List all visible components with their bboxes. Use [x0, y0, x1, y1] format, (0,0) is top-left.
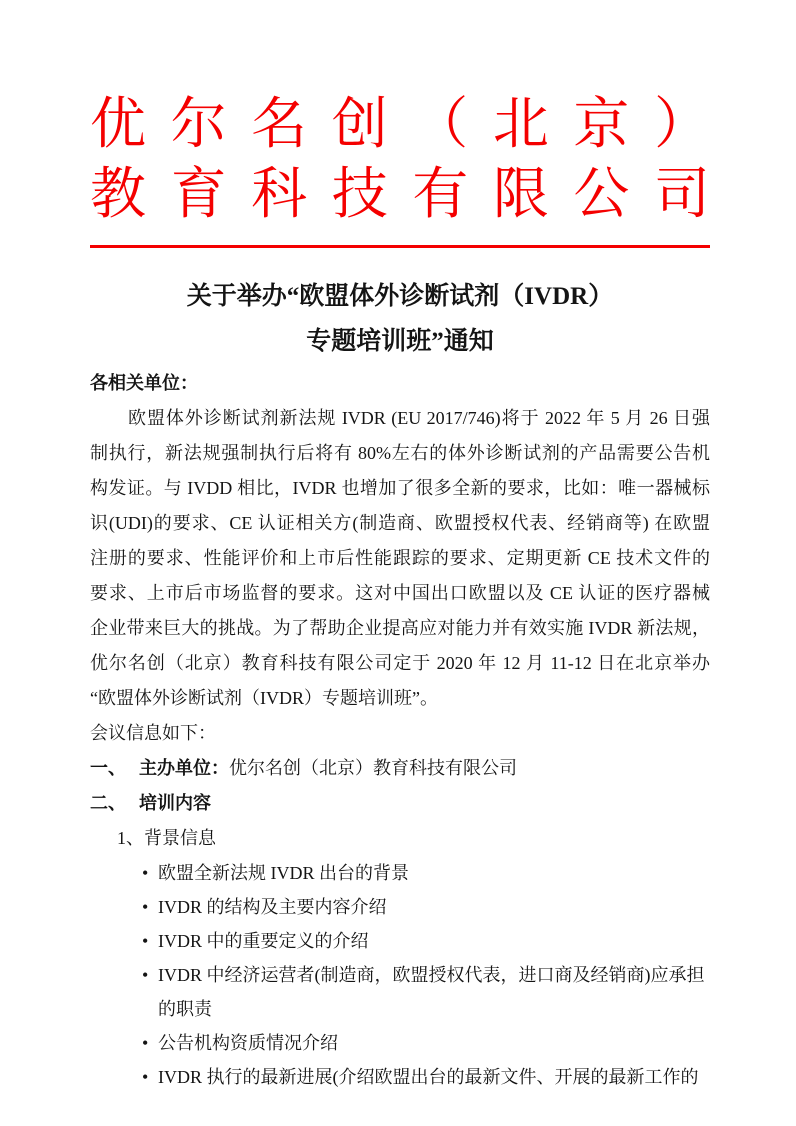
- list-item-text: 公告机构资质情况介绍: [158, 1026, 710, 1060]
- section-training-content: 二、培训内容: [90, 786, 710, 821]
- intro-line: 企业带来巨大的挑战。为了帮助企业提高应对能力并有效实施 IVDR 新法规，: [90, 611, 710, 646]
- list-item-text: IVDR 中的重要定义的介绍: [158, 924, 710, 958]
- bullet-icon: •: [142, 958, 158, 1026]
- intro-line: 欧盟体外诊断试剂新法规 IVDR (EU 2017/746)将于 2022 年 …: [90, 401, 710, 436]
- section-number: 一、: [90, 758, 126, 778]
- intro-paragraph: 欧盟体外诊断试剂新法规 IVDR (EU 2017/746)将于 2022 年 …: [90, 401, 710, 716]
- intro-line: 识(UDI)的要求、CE 认证相关方(制造商、欧盟授权代表、经销商等) 在欧盟: [90, 506, 710, 541]
- intro-line: “欧盟体外诊断试剂（IVDR）专题培训班”。: [90, 681, 710, 716]
- letterhead-divider: [90, 245, 710, 248]
- list-item: • IVDR 中经济运营者(制造商，欧盟授权代表，进口商及经销商)应承担的职责: [90, 958, 710, 1026]
- subsection-number: 1、: [117, 828, 144, 848]
- bullet-icon: •: [142, 1060, 158, 1094]
- section-organizer: 一、主办单位：优尔名创（北京）教育科技有限公司: [90, 751, 710, 786]
- list-item-text: IVDR 的结构及主要内容介绍: [158, 890, 710, 924]
- list-item-text: 欧盟全新法规 IVDR 出台的背景: [158, 856, 710, 890]
- intro-line: 制执行，新法规强制执行后将有 80%左右的体外诊断试剂的产品需要公告机: [90, 436, 710, 471]
- list-item-text: IVDR 中经济运营者(制造商，欧盟授权代表，进口商及经销商)应承担的职责: [158, 958, 710, 1026]
- section-value: 优尔名创（北京）教育科技有限公司: [229, 758, 517, 778]
- subsection-background-info: 1、背景信息: [90, 821, 710, 856]
- intro-line: 构发证。与 IVDD 相比，IVDR 也增加了很多全新的要求，比如：唯一器械标: [90, 471, 710, 506]
- list-item: • 欧盟全新法规 IVDR 出台的背景: [90, 856, 710, 890]
- notice-title-line-1: 关于举办“欧盟体外诊断试剂（IVDR）: [90, 274, 710, 319]
- bullet-icon: •: [142, 1026, 158, 1060]
- intro-line: 要求、上市后市场监督的要求。这对中国出口欧盟以及 CE 认证的医疗器械: [90, 576, 710, 611]
- bullet-list: • 欧盟全新法规 IVDR 出台的背景 • IVDR 的结构及主要内容介绍 • …: [90, 856, 710, 1094]
- notice-title-line-2: 专题培训班”通知: [90, 319, 710, 364]
- bullet-icon: •: [142, 924, 158, 958]
- list-item: • IVDR 中的重要定义的介绍: [90, 924, 710, 958]
- intro-line: 注册的要求、性能评价和上市后性能跟踪的要求、定期更新 CE 技术文件的: [90, 541, 710, 576]
- intro-line: 优尔名创（北京）教育科技有限公司定于 2020 年 12 月 11-12 日在北…: [90, 646, 710, 681]
- notice-title: 关于举办“欧盟体外诊断试剂（IVDR） 专题培训班”通知: [90, 274, 710, 364]
- list-item: • IVDR 的结构及主要内容介绍: [90, 890, 710, 924]
- section-label: 主办单位：: [139, 758, 229, 778]
- bullet-icon: •: [142, 890, 158, 924]
- letterhead-line-2: 教 育 科 技 有 限 公 司: [90, 160, 710, 230]
- list-item: • 公告机构资质情况介绍: [90, 1026, 710, 1060]
- list-item: • IVDR 执行的最新进展(介绍欧盟出台的最新文件、开展的最新工作的: [90, 1060, 710, 1094]
- list-item-text: IVDR 执行的最新进展(介绍欧盟出台的最新文件、开展的最新工作的: [158, 1060, 710, 1094]
- section-label: 培训内容: [139, 793, 211, 813]
- company-letterhead: 优 尔 名 创 （ 北 京 ） 教 育 科 技 有 限 公 司: [90, 90, 710, 230]
- subsection-label: 背景信息: [144, 828, 216, 848]
- section-number: 二、: [90, 793, 126, 813]
- letterhead-line-1: 优 尔 名 创 （ 北 京 ）: [90, 90, 710, 160]
- document-page: 优 尔 名 创 （ 北 京 ） 教 育 科 技 有 限 公 司 关于举办“欧盟体…: [0, 0, 796, 1126]
- meeting-info-label: 会议信息如下：: [90, 716, 710, 751]
- bullet-icon: •: [142, 856, 158, 890]
- salutation: 各相关单位：: [90, 366, 710, 401]
